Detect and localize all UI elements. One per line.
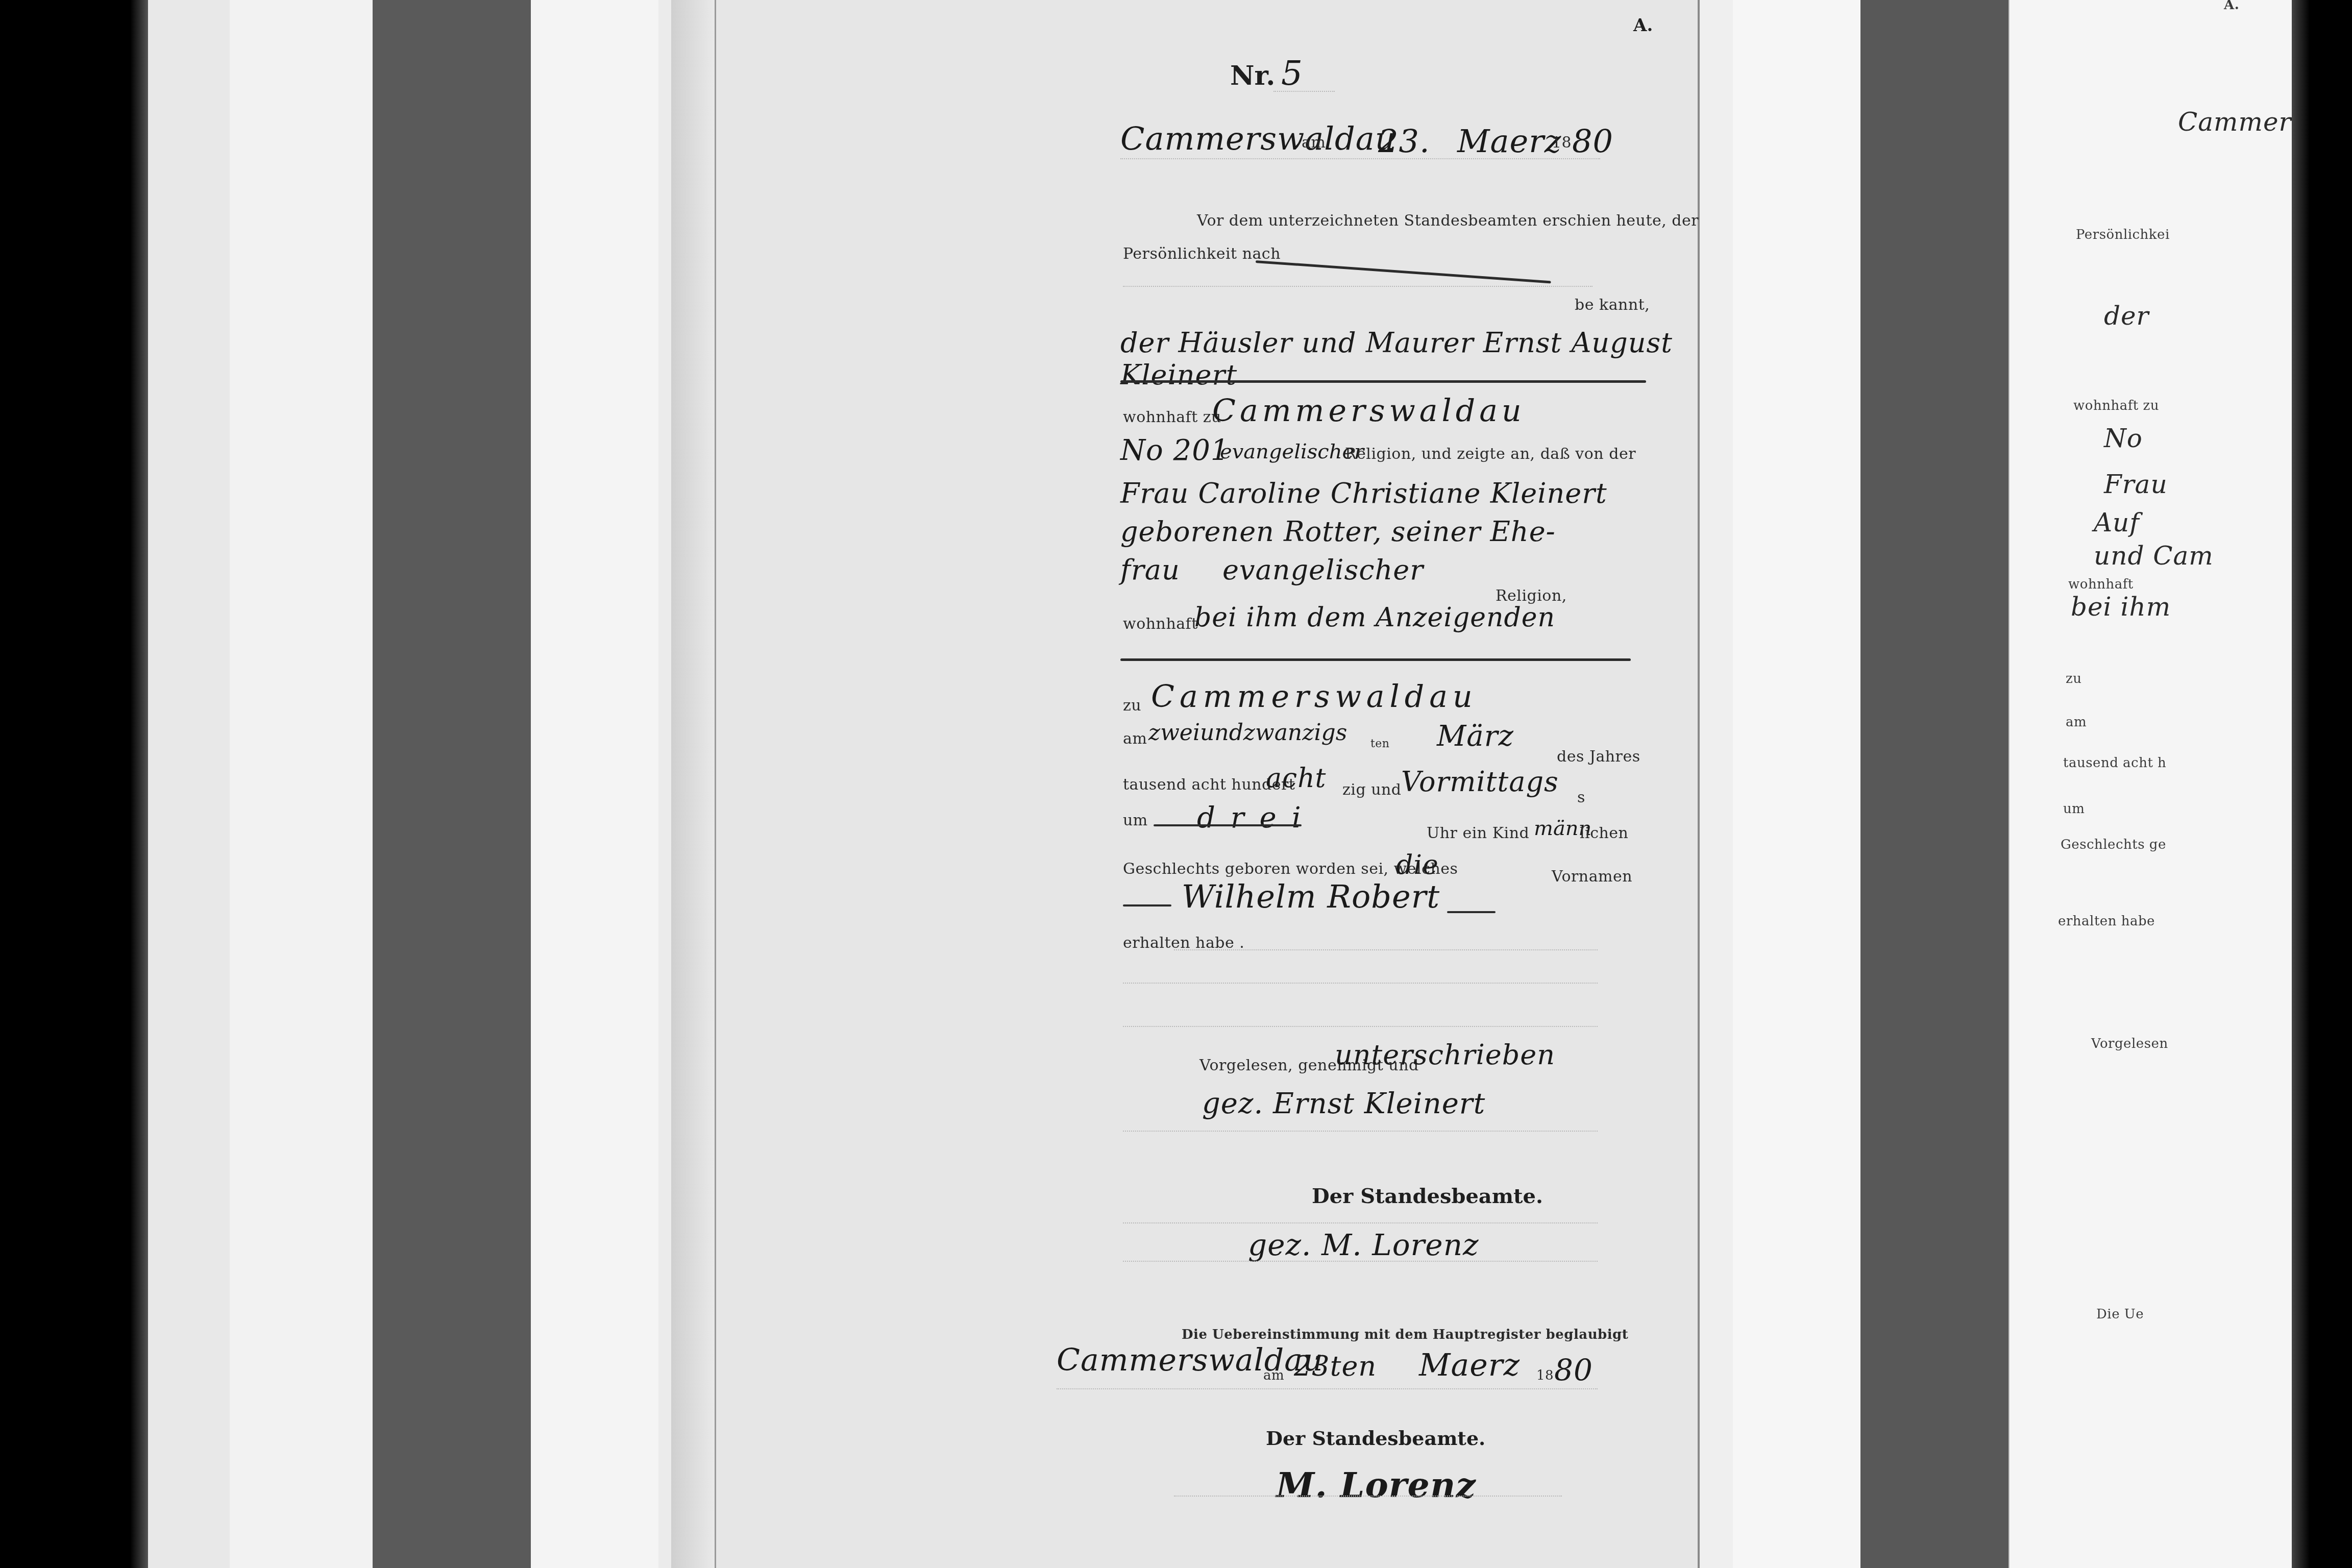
cert-day: 23ten [1294,1350,1377,1382]
time-suffix: s [1577,789,1585,806]
hour: drei [1197,801,1316,835]
corner-mark: A. [1633,15,1653,36]
cert-month: Maerz [1419,1347,1520,1383]
certification-line: Die Uebereinstimmung mit dem Hauptregist… [1182,1327,1628,1342]
registrar-title: Der Standesbeamte. [1312,1184,1543,1208]
hour-underline [1154,824,1302,826]
gray-separator-left [373,0,531,1568]
mother-line-1: Frau Caroline Christiane Kleinert [1120,477,1607,509]
next-line: No [2104,424,2143,453]
hour-label: um [1123,812,1148,829]
year-text-suffix: zig und [1342,781,1402,799]
next-line: und Cam [2094,541,2214,571]
birth-day-label: am [1123,730,1147,748]
residence-place: Cammerswaldau [1212,393,1526,429]
mother-residence-underline [1120,658,1631,661]
declarant-signature: gez. Ernst Kleinert [1202,1087,1485,1120]
birth-record-page: A. Nr. 5 Cammerswaldau am 23. Maerz 18 8… [671,0,1733,1568]
film-edge-right [2292,0,2352,1568]
next-line: zu [2066,671,2081,687]
page-gutter-right [1733,0,1860,1568]
mother-line-3: frau [1120,554,1180,586]
film-edge-left [0,0,148,1568]
read-value: unterschrieben [1335,1039,1555,1071]
identity-dotline [1123,286,1592,287]
birth-place-label: zu [1123,697,1141,715]
given-names-label: Vornamen [1552,868,1632,886]
cert-signature: M. Lorenz [1276,1465,1476,1506]
next-line: bei ihm [2071,592,2171,622]
record-number-line [1273,91,1335,92]
record-number-label: Nr. [1230,60,1275,91]
blank-dotline-1 [1123,983,1598,984]
mother-residence: bei ihm dem Anzeigenden [1194,602,1555,633]
birth-month: März [1437,720,1514,753]
received-dotline [1174,949,1598,950]
next-line: Vorgelesen [2091,1036,2168,1051]
next-line: wohnhaft [2068,577,2134,592]
header-year-suffix: 80 [1572,122,1613,160]
mother-religion: evangelischer [1222,554,1424,586]
header-place: Cammerswaldau [1120,120,1396,157]
sex-suffix: lichen [1580,824,1628,842]
page-gutter-left [531,0,659,1568]
mother-line-2: geborenen Rotter, seiner Ehe- [1120,516,1556,548]
header-year-prefix: 18 [1552,134,1572,152]
next-record-page-partial: A. Cammerswa Persönlichkei der wohnhaft … [2008,0,2293,1568]
header-am-label: am [1302,134,1326,152]
header-date-line [1120,158,1600,159]
next-identity-fragment: Persönlichkei [2076,227,2170,242]
header-day: 23. [1378,122,1430,160]
next-line: der [2104,301,2149,331]
page-binding [671,0,716,1568]
cert-registrar-title: Der Standesbeamte. [1266,1427,1485,1450]
next-line: Geschlechts ge [2061,837,2166,852]
header-month: Maerz [1457,122,1561,160]
registrar-dotline-1 [1123,1222,1598,1223]
next-line: um [2063,801,2085,817]
mother-residence-label: wohnhaft [1123,615,1198,633]
birth-day-suffix: ten [1370,738,1390,750]
identity-suffix: be kannt, [1575,296,1650,314]
intro-line: Vor dem unterzeichneten Standesbeamten e… [1197,212,1699,230]
father-religion: evangelischer [1220,440,1364,463]
signature-dotline [1123,1131,1598,1132]
previous-page-edge [148,0,231,1568]
registrar-dotline-2 [1123,1261,1598,1262]
given-names: Wilhelm Robert [1182,878,1440,915]
page-gutter-left-inner [658,0,671,1568]
year-label: des Jahres [1557,748,1640,766]
given-names-leader [1123,904,1171,906]
religion-label: Religion, und zeigte an, daß von der [1345,445,1636,463]
birth-place: Cammerswaldau [1151,679,1478,715]
blank-dotline-2 [1123,1026,1598,1027]
next-line: Die Ue [2096,1307,2144,1322]
next-line: erhalten habe [2058,914,2155,929]
next-corner-mark: A. [2224,0,2239,13]
cert-signature-dotline [1174,1496,1562,1497]
registrar-signature: gez. M. Lorenz [1248,1228,1479,1262]
house-number: No 201 [1120,434,1229,467]
clock-label: Uhr ein Kind [1427,824,1529,842]
next-line: tausend acht h [2063,755,2166,771]
cert-am-label: am [1263,1368,1284,1383]
record-number: 5 [1281,54,1303,93]
next-line: wohnhaft zu [2073,398,2159,413]
gray-separator-right [1860,0,2008,1568]
given-names-trailer [1447,911,1496,913]
birth-day: zweiundzwanzigs [1148,720,1347,746]
cert-date-line [1057,1388,1598,1389]
next-line: am [2066,715,2087,730]
page-right-margin [1700,0,1733,1568]
declarant-underline [1120,380,1646,383]
given-names-article: die [1396,850,1439,880]
previous-page-edge-inner [230,0,373,1568]
residence-label: wohnhaft zu [1123,408,1221,426]
cert-year-prefix: 18 [1536,1368,1554,1383]
next-line: Auf [2094,508,2140,537]
identity-strike-line [1256,260,1551,283]
time-of-day: Vormittags [1401,766,1559,798]
cert-year-suffix: 80 [1554,1353,1593,1387]
next-line: Frau [2104,470,2168,499]
year-decade: acht [1266,763,1327,794]
